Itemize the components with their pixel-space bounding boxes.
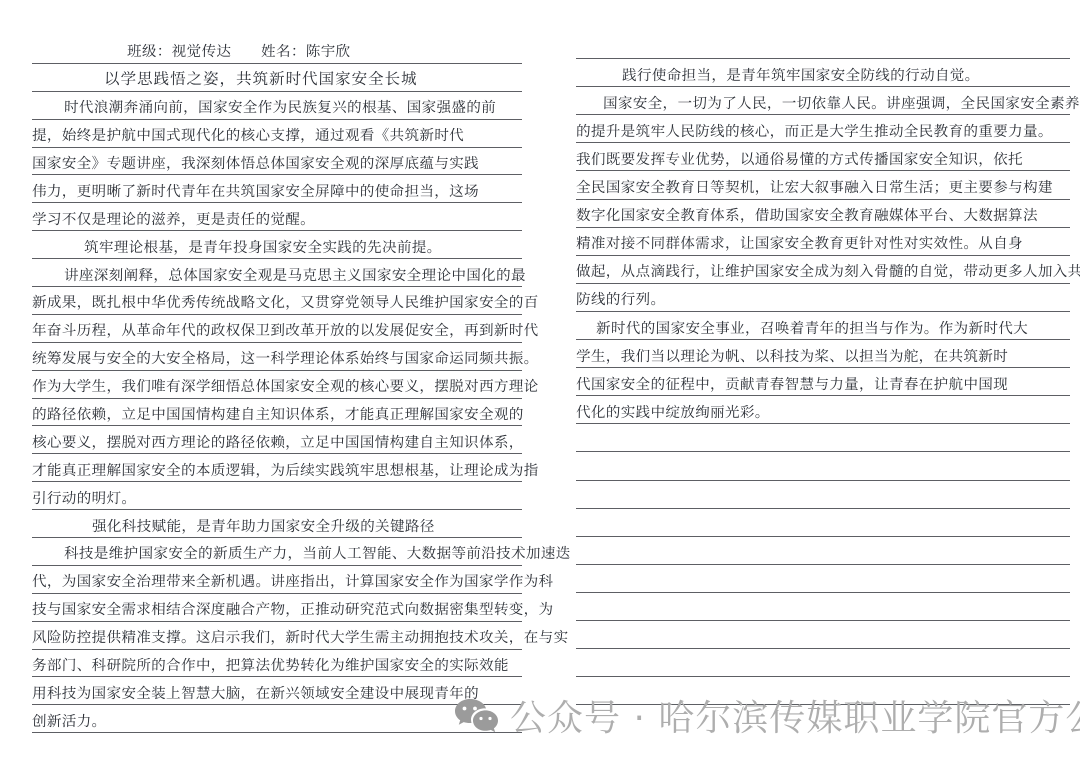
ruled-line: 的路径依赖，立足中国国情构建自主知识体系，才能真正理解国家安全观的 [32, 399, 522, 427]
ruled-line: 科技是维护国家安全的新质生产力，当前人工智能、大数据等前沿技术加速迭 [32, 538, 522, 566]
text-line: 我们既要发挥专业优势，以通俗易懂的方式传播国家安全知识，依托 [576, 153, 1023, 171]
text-line: 才能真正理解国家安全的本质逻辑，为后续实践筑牢思想根基，让理论成为指 [32, 464, 539, 482]
ruled-line: 务部门、科研院所的合作中，把算法优势转化为维护国家安全的实际效能 [32, 650, 522, 678]
ruled-line: 风险防控提供精准支撑。这启示我们，新时代大学生需主动拥抱技术攻关，在与实 [32, 622, 522, 650]
ruled-line: 新时代的国家安全事业，召唤着青年的担当与作为。作为新时代大 [576, 312, 1070, 340]
ruled-line: 才能真正理解国家安全的本质逻辑，为后续实践筑牢思想根基，让理论成为指 [32, 454, 522, 482]
ruled-line: 班级：视觉传达 姓名：陈宇欣 [32, 36, 522, 64]
text-line: 技与国家安全需求相结合深度融合产物，正推动研究范式向数据密集型转变，为 [32, 603, 554, 621]
ruled-line: 核心要义，摆脱对西方理论的路径依赖，立足中国国情构建自主知识体系， [32, 426, 522, 454]
ruled-line: 践行使命担当，是青年筑牢国家安全防线的行动自觉。 [576, 59, 1070, 87]
ruled-line: 精准对接不同群体需求，让国家安全教育更针对性对实效性。从自身 [576, 228, 1070, 256]
text-line: 代国家安全的征程中，贡献青春智慧与力量，让青春在护航中国现 [576, 378, 1008, 396]
text-line: 代化的实践中绽放绚丽光彩。 [576, 406, 770, 424]
ruled-line: 伟力，更明晰了新时代青年在共筑国家安全屏障中的使命担当，这场 [32, 175, 522, 203]
watermark-text: 公众号 · 哈尔滨传媒职业学院官方公众号 [510, 696, 1080, 743]
text-line: 学习不仅是理论的滋养，更是责任的觉醒。 [32, 213, 315, 231]
text-line: 务部门、科研院所的合作中，把算法优势转化为维护国家安全的实际效能 [32, 659, 509, 677]
text-line: 创新活力。 [32, 715, 107, 733]
text-line: 全民国家安全教育日等契机，让宏大叙事融入日常生活；更主要参与构建 [576, 181, 1053, 199]
empty-ruled-line [576, 537, 1070, 565]
ruled-line: 统筹发展与安全的大安全格局，这一科学理论体系始终与国家命运同频共振。 [32, 343, 522, 371]
ruled-line: 国家安全，一切为了人民，一切依靠人民。讲座强调，全民国家安全素养 [576, 87, 1070, 115]
ruled-line: 数字化国家安全教育体系，借助国家安全教育融媒体平台、大数据算法 [576, 200, 1070, 228]
ruled-line: 我们既要发挥专业优势，以通俗易懂的方式传播国家安全知识，依托 [576, 143, 1070, 171]
text-line: 国家安全，一切为了人民，一切依靠人民。讲座强调，全民国家安全素养 [576, 97, 1080, 115]
empty-ruled-line [576, 509, 1070, 537]
section-heading: 践行使命担当，是青年筑牢国家安全防线的行动自觉。 [576, 69, 980, 87]
text-line: 引行动的明灯。 [32, 492, 137, 510]
ruled-line: 防线的行列。 [576, 284, 1070, 312]
text-line: 新时代的国家安全事业，召唤着青年的担当与作为。作为新时代大 [576, 322, 1028, 340]
ruled-line: 代，为国家安全治理带来全新机遇。讲座指出，计算国家安全作为国家学作为科 [32, 566, 522, 594]
ruled-line: 国家安全》专题讲座，我深刻体悟总体国家安全观的深厚底蕴与实践 [32, 148, 522, 176]
ruled-line: 创新活力。 [32, 705, 522, 733]
essay-title: 以学思践悟之姿，共筑新时代国家安全长城 [32, 72, 418, 91]
ruled-line: 强化科技赋能，是青年助力国家安全升级的关键路径 [32, 510, 522, 538]
text-line: 学生，我们当以理论为帆、以科技为桨、以担当为舵，在共筑新时 [576, 350, 1008, 368]
empty-ruled-line [576, 481, 1070, 509]
ruled-line: 以学思践悟之姿，共筑新时代国家安全长城 [32, 64, 522, 92]
ruled-line: 学生，我们当以理论为帆、以科技为桨、以担当为舵，在共筑新时 [576, 340, 1070, 368]
text-line: 统筹发展与安全的大安全格局，这一科学理论体系始终与国家命运同频共振。 [32, 352, 539, 370]
text-line: 做起，从点滴践行，让维护国家安全成为刻入骨髓的自觉，带动更多人加入共筑 [576, 265, 1080, 283]
wechat-icon [452, 697, 500, 741]
empty-ruled-line [576, 621, 1070, 649]
text-line: 国家安全》专题讲座，我深刻体悟总体国家安全观的深厚底蕴与实践 [32, 157, 479, 175]
section-heading: 强化科技赋能，是青年助力国家安全升级的关键路径 [32, 520, 435, 538]
text-line: 防线的行列。 [576, 293, 666, 311]
ruled-line: 时代浪潮奔涌向前，国家安全作为民族复兴的根基、国家强盛的前 [32, 92, 522, 120]
handwritten-essay-photo: 班级：视觉传达 姓名：陈宇欣 以学思践悟之姿，共筑新时代国家安全长城 时代浪潮奔… [0, 0, 1080, 762]
ruled-line: 代国家安全的征程中，贡献青春智慧与力量，让青春在护航中国现 [576, 368, 1070, 396]
ruled-line: 做起，从点滴践行，让维护国家安全成为刻入骨髓的自觉，带动更多人加入共筑 [576, 256, 1070, 284]
ruled-line: 筑牢理论根基，是青年投身国家安全实践的先决前提。 [32, 231, 522, 259]
text-line: 提，始终是护航中国式现代化的核心支撑，通过观看《共筑新时代 [32, 129, 464, 147]
ruled-line: 提，始终是护航中国式现代化的核心支撑，通过观看《共筑新时代 [32, 120, 522, 148]
ruled-line: 引行动的明灯。 [32, 482, 522, 510]
text-line: 风险防控提供精准支撑。这启示我们，新时代大学生需主动拥抱技术攻关，在与实 [32, 631, 569, 649]
ruled-line: 代化的实践中绽放绚丽光彩。 [576, 396, 1070, 424]
text-line: 作为大学生，我们唯有深学细悟总体国家安全观的核心要义，摆脱对西方理论 [32, 380, 539, 398]
right-page: 践行使命担当，是青年筑牢国家安全防线的行动自觉。 国家安全，一切为了人民，一切依… [576, 31, 1070, 705]
ruled-line: 讲座深刻阐释，总体国家安全观是马克思主义国家安全理论中国化的最 [32, 259, 522, 287]
text-line: 新成果，既扎根中华优秀传统战略文化，又贯穿党领导人民维护国家安全的百 [32, 296, 539, 314]
text-line: 用科技为国家安全装上智慧大脑，在新兴领域安全建设中展现青年的 [32, 687, 479, 705]
class-name-header: 班级：视觉传达 姓名：陈宇欣 [32, 45, 351, 63]
text-line: 精准对接不同群体需求，让国家安全教育更针对性对实效性。从自身 [576, 237, 1023, 255]
text-line: 的提升是筑牢人民防线的核心，而正是大学生推动全民教育的重要力量。 [576, 125, 1053, 143]
ruled-line: 年奋斗历程，从革命年代的政权保卫到改革开放的以发展促安全，再到新时代 [32, 315, 522, 343]
text-line: 伟力，更明晰了新时代青年在共筑国家安全屏障中的使命担当，这场 [32, 185, 479, 203]
ruled-line: 技与国家安全需求相结合深度融合产物，正推动研究范式向数据密集型转变，为 [32, 594, 522, 622]
empty-ruled-line [576, 424, 1070, 452]
text-line: 代，为国家安全治理带来全新机遇。讲座指出，计算国家安全作为国家学作为科 [32, 575, 554, 593]
empty-ruled-line [576, 31, 1070, 59]
empty-ruled-line [576, 593, 1070, 621]
text-line: 核心要义，摆脱对西方理论的路径依赖，立足中国国情构建自主知识体系， [32, 436, 524, 454]
watermark: 公众号 · 哈尔滨传媒职业学院官方公众号 [452, 696, 1080, 743]
text-line: 时代浪潮奔涌向前，国家安全作为民族复兴的根基、国家强盛的前 [32, 101, 496, 119]
ruled-line: 的提升是筑牢人民防线的核心，而正是大学生推动全民教育的重要力量。 [576, 115, 1070, 143]
ruled-line: 用科技为国家安全装上智慧大脑，在新兴领域安全建设中展现青年的 [32, 677, 522, 705]
text-line: 的路径依赖，立足中国国情构建自主知识体系，才能真正理解国家安全观的 [32, 408, 524, 426]
section-heading: 筑牢理论根基，是青年投身国家安全实践的先决前提。 [32, 241, 442, 259]
ruled-line: 全民国家安全教育日等契机，让宏大叙事融入日常生活；更主要参与构建 [576, 171, 1070, 199]
text-line: 科技是维护国家安全的新质生产力，当前人工智能、大数据等前沿技术加速迭 [32, 547, 571, 565]
text-line: 数字化国家安全教育体系，借助国家安全教育融媒体平台、大数据算法 [576, 209, 1038, 227]
empty-ruled-line [576, 565, 1070, 593]
text-line: 年奋斗历程，从革命年代的政权保卫到改革开放的以发展促安全，再到新时代 [32, 324, 539, 342]
ruled-line: 作为大学生，我们唯有深学细悟总体国家安全观的核心要义，摆脱对西方理论 [32, 371, 522, 399]
empty-ruled-line [576, 649, 1070, 677]
text-line: 讲座深刻阐释，总体国家安全观是马克思主义国家安全理论中国化的最 [32, 269, 526, 287]
empty-ruled-line [576, 452, 1070, 480]
ruled-line: 新成果，既扎根中华优秀传统战略文化，又贯穿党领导人民维护国家安全的百 [32, 287, 522, 315]
ruled-line: 学习不仅是理论的滋养，更是责任的觉醒。 [32, 203, 522, 231]
left-page: 班级：视觉传达 姓名：陈宇欣 以学思践悟之姿，共筑新时代国家安全长城 时代浪潮奔… [32, 36, 522, 733]
